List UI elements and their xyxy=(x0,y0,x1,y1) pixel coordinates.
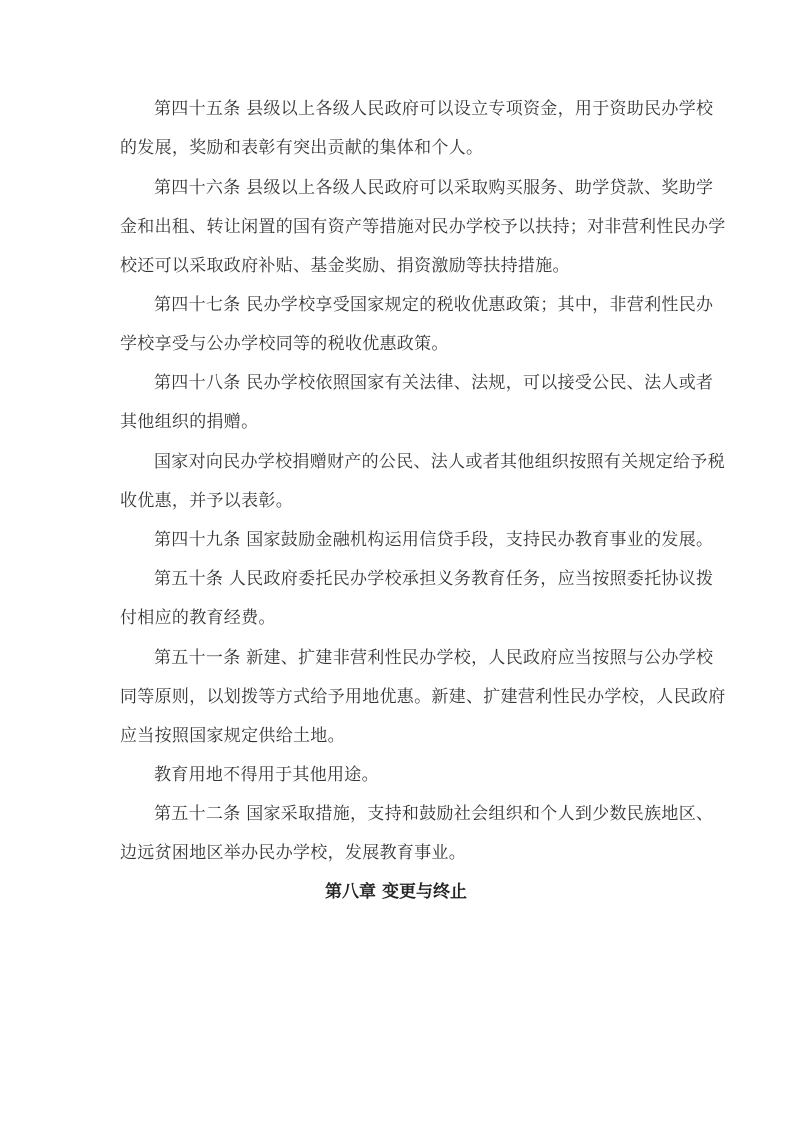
chapter-heading: 第八章 变更与终止 xyxy=(120,881,672,903)
article-48-para2-line-2: 收优惠，并予以表彰。 xyxy=(120,490,293,512)
article-48-line-1: 第四十八条 民办学校依照国家有关法律、法规，可以接受公民、法人或者 xyxy=(154,372,713,394)
article-51-line-2: 同等原则，以划拨等方式给予用地优惠。新建、扩建营利性民办学校，人民政府 xyxy=(120,686,726,708)
article-48-para2-line-1: 国家对向民办学校捐赠财产的公民、法人或者其他组织按照有关规定给予税 xyxy=(154,451,725,473)
article-46-line-1: 第四十六条 县级以上各级人民政府可以采取购买服务、助学贷款、奖助学 xyxy=(154,177,713,199)
article-45-line-2: 的发展，奖励和表彰有突出贡献的集体和个人。 xyxy=(120,137,483,159)
article-51-line-3: 应当按照国家规定供给土地。 xyxy=(120,725,345,747)
article-50-line-1: 第五十条 人民政府委托民办学校承担义务教育任务，应当按照委托协议拨 xyxy=(154,568,713,590)
article-45-line-1: 第四十五条 县级以上各级人民政府可以设立专项资金，用于资助民办学校 xyxy=(154,98,713,120)
article-46-line-3: 校还可以采取政府补贴、基金奖励、捐资激励等扶持措施。 xyxy=(120,255,570,277)
article-48-line-2: 其他组织的捐赠。 xyxy=(120,411,258,433)
article-47-line-2: 学校享受与公办学校同等的税收优惠政策。 xyxy=(120,333,449,355)
article-46-line-2: 金和出租、转让闲置的国有资产等措施对民办学校予以扶持；对非营利性民办学 xyxy=(120,216,726,238)
article-50-line-2: 付相应的教育经费。 xyxy=(120,607,276,629)
article-49-line-1: 第四十九条 国家鼓励金融机构运用信贷手段，支持民办教育事业的发展。 xyxy=(154,529,713,551)
article-52-line-2: 边远贫困地区举办民办学校，发展教育事业。 xyxy=(120,842,466,864)
article-47-line-1: 第四十七条 民办学校享受国家规定的税收优惠政策；其中，非营利性民办 xyxy=(154,294,713,316)
article-51-para2-line-1: 教育用地不得用于其他用途。 xyxy=(154,764,379,786)
article-52-line-1: 第五十二条 国家采取措施，支持和鼓励社会组织和个人到少数民族地区、 xyxy=(154,803,713,825)
article-51-line-1: 第五十一条 新建、扩建非营利性民办学校，人民政府应当按照与公办学校 xyxy=(154,647,713,669)
